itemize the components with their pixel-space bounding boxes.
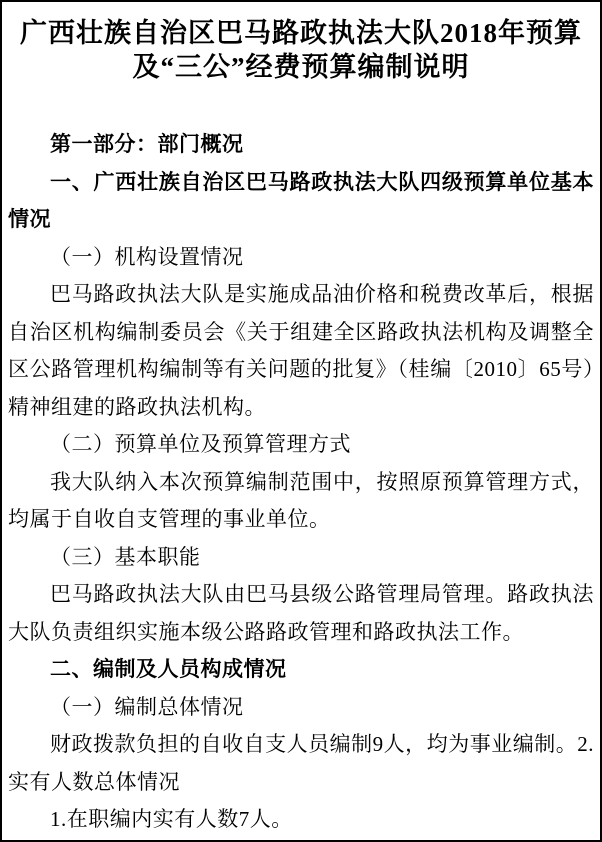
paragraph-org-setup: 巴马路政执法大队是实施成品油价格和税费改革后，根据自治区机构编制委员会《关于组建… xyxy=(8,276,594,426)
subheading-2-1-staffing-overview: （一）编制总体情况 xyxy=(8,689,594,727)
document-page: 广西壮族自治区巴马路政执法大队2018年预算 及“三公”经费预算编制说明 第一部… xyxy=(0,0,602,842)
title-line-1: 广西壮族自治区巴马路政执法大队2018年预算 xyxy=(10,16,592,50)
subheading-1-3-basic-functions: （三）基本职能 xyxy=(8,539,594,577)
heading-part1: 第一部分：部门概况 xyxy=(8,126,594,164)
paragraph-budget-unit: 我大队纳入本次预算编制范围中，按照原预算管理方式，均属于自收自支管理的事业单位。 xyxy=(8,464,594,539)
title-line-2: 及“三公”经费预算编制说明 xyxy=(10,50,592,84)
document-title: 广西壮族自治区巴马路政执法大队2018年预算 及“三公”经费预算编制说明 xyxy=(10,16,592,84)
heading-section-2-staffing: 二、编制及人员构成情况 xyxy=(8,651,594,689)
paragraph-staffing-overview: 财政拨款负担的自收自支人员编制9人，均为事业编制。2.实有人数总体情况 xyxy=(8,726,594,801)
subheading-1-1-org-setup: （一）机构设置情况 xyxy=(8,239,594,277)
heading-section-1-basic-info: 一、广西壮族自治区巴马路政执法大队四级预算单位基本情况 xyxy=(8,164,594,239)
paragraph-active-staff-count: 1.在职编内实有人数7人。 xyxy=(8,801,594,839)
document-body: 第一部分：部门概况 一、广西壮族自治区巴马路政执法大队四级预算单位基本情况 （一… xyxy=(8,84,594,839)
paragraph-basic-functions: 巴马路政执法大队由巴马县级公路管理局管理。路政执法大队负责组织实施本级公路路政管… xyxy=(8,576,594,651)
subheading-1-2-budget-unit: （二）预算单位及预算管理方式 xyxy=(8,426,594,464)
